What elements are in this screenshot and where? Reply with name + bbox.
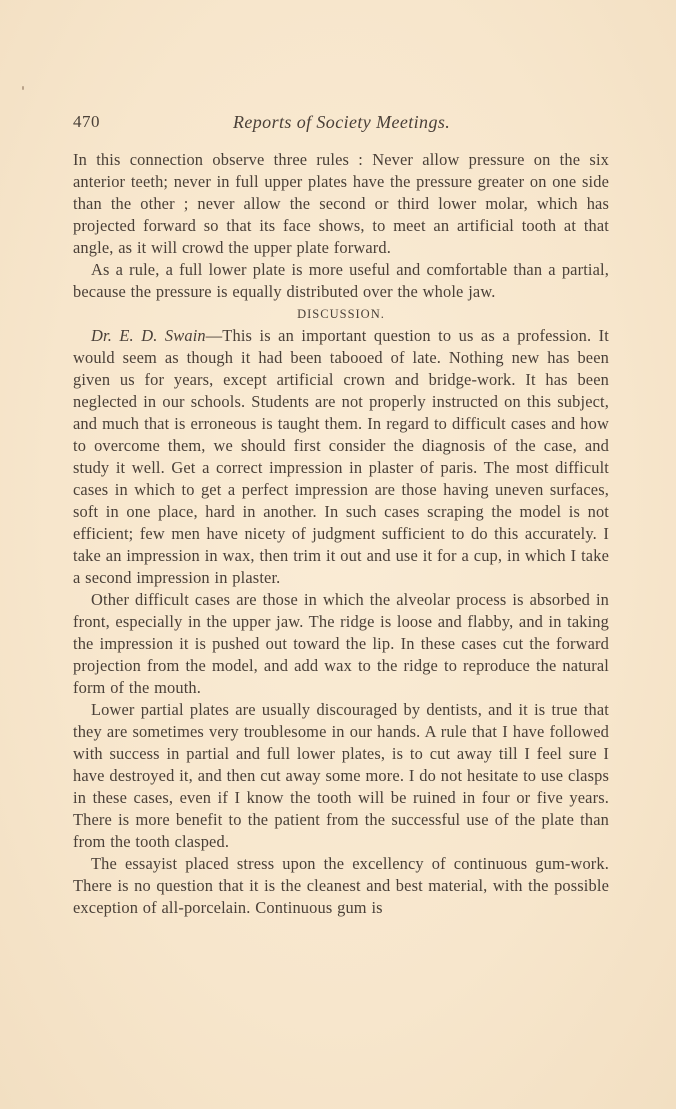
- paragraph-continuous-gum: The essayist placed stress upon the exce…: [73, 853, 609, 919]
- running-head: 470 Reports of Society Meetings.: [73, 108, 609, 134]
- running-title: Reports of Society Meetings.: [233, 112, 450, 133]
- body-text: In this connection observe three rules :…: [73, 149, 609, 919]
- paragraph-alveolar: Other difficult cases are those in which…: [73, 589, 609, 699]
- paper-speck: [22, 86, 24, 90]
- paragraph-rules: In this connection observe three rules :…: [73, 149, 609, 259]
- paragraph-swain-text: —This is an important question to us as …: [73, 326, 609, 587]
- section-heading-discussion: DISCUSSION.: [73, 303, 609, 325]
- page-number: 470: [73, 112, 100, 132]
- paragraph-lower-partial: Lower partial plates are usually discour…: [73, 699, 609, 853]
- speaker-name: Dr. E. D. Swain: [91, 326, 206, 345]
- paragraph-full-lower-plate: As a rule, a full lower plate is more us…: [73, 259, 609, 303]
- paragraph-swain: Dr. E. D. Swain—This is an important que…: [73, 325, 609, 589]
- book-page: 470 Reports of Society Meetings. In this…: [73, 108, 609, 919]
